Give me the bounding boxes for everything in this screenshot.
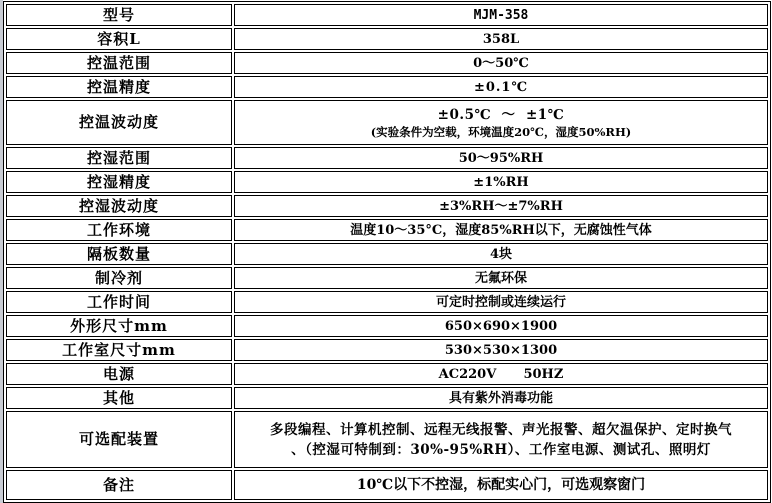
table-row-shelves: 隔板数量 4块	[6, 243, 768, 265]
row-value: 530×530×1300	[234, 339, 768, 361]
row-value-cell: ±0.5℃ ～ ±1℃ (实验条件为空载，环境温度20℃，湿度50%RH)	[234, 100, 768, 145]
row-value: ±3%RH～±7%RH	[234, 195, 768, 217]
row-label: 控温精度	[6, 76, 232, 98]
table-row-humidity-accuracy: 控湿精度 ±1%RH	[6, 171, 768, 193]
row-label: 电源	[6, 363, 232, 385]
table-row-temp-range: 控温范围 0～50℃	[6, 52, 768, 74]
row-label: 备注	[6, 470, 232, 500]
table-row-humidity-range: 控湿范围 50～95%RH	[6, 147, 768, 169]
row-label: 其他	[6, 387, 232, 409]
row-value: ±0.5℃ ～ ±1℃	[239, 105, 763, 125]
row-label: 工作时间	[6, 291, 232, 313]
row-label: 隔板数量	[6, 243, 232, 265]
spec-table: 型号 MJM-358 容积L 358L 控温范围 0～50℃ 控温精度 ±0.1…	[3, 1, 771, 503]
row-label: 控湿波动度	[6, 195, 232, 217]
row-value: 可定时控制或连续运行	[234, 291, 768, 313]
table-row-other: 其他 具有紫外消毒功能	[6, 387, 768, 409]
row-value: 温度10～35°C，湿度85%RH以下，无腐蚀性气体	[234, 219, 768, 241]
row-note: (实验条件为空载，环境温度20℃，湿度50%RH)	[239, 125, 763, 140]
row-label: 容积L	[6, 28, 232, 50]
row-value: 650×690×1900	[234, 315, 768, 337]
table-row-refrigerant: 制冷剂 无氟环保	[6, 267, 768, 289]
row-value: 10℃以下不控湿，标配实心门，可选观察窗门	[234, 470, 768, 500]
table-row-volume: 容积L 358L	[6, 28, 768, 50]
table-row-temp-accuracy: 控温精度 ±0.1℃	[6, 76, 768, 98]
row-value: ±1%RH	[234, 171, 768, 193]
row-label: 控湿范围	[6, 147, 232, 169]
row-value-cell: 多段编程、计算机控制、远程无线报警、声光报警、超欠温保护、定时换气 、（控湿可特…	[234, 411, 768, 468]
table-row-environment: 工作环境 温度10～35°C，湿度85%RH以下，无腐蚀性气体	[6, 219, 768, 241]
row-value: 具有紫外消毒功能	[234, 387, 768, 409]
row-label: 型号	[6, 4, 232, 26]
row-label: 工作室尺寸mm	[6, 339, 232, 361]
row-value-line1: 多段编程、计算机控制、远程无线报警、声光报警、超欠温保护、定时换气	[239, 420, 763, 440]
table-row-outer-size: 外形尺寸mm 650×690×1900	[6, 315, 768, 337]
row-value: AC220V 50HZ	[234, 363, 768, 385]
row-label: 工作环境	[6, 219, 232, 241]
table-row-remarks: 备注 10℃以下不控湿，标配实心门，可选观察窗门	[6, 470, 768, 500]
row-value: MJM-358	[234, 4, 768, 26]
table-row-working-time: 工作时间 可定时控制或连续运行	[6, 291, 768, 313]
row-label: 控温波动度	[6, 100, 232, 145]
row-label: 可选配装置	[6, 411, 232, 468]
table-row-temp-fluctuation: 控温波动度 ±0.5℃ ～ ±1℃ (实验条件为空载，环境温度20℃，湿度50%…	[6, 100, 768, 145]
row-label: 控湿精度	[6, 171, 232, 193]
table-row-chamber-size: 工作室尺寸mm 530×530×1300	[6, 339, 768, 361]
row-label: 控温范围	[6, 52, 232, 74]
row-value: 50～95%RH	[234, 147, 768, 169]
row-value: ±0.1℃	[234, 76, 768, 98]
table-row-model: 型号 MJM-358	[6, 4, 768, 26]
row-value-line2: 、（控湿可特制到：30%-95%RH）、工作室电源、测试孔、照明灯	[239, 440, 763, 460]
row-label: 制冷剂	[6, 267, 232, 289]
table-row-humidity-fluctuation: 控湿波动度 ±3%RH～±7%RH	[6, 195, 768, 217]
table-row-options: 可选配装置 多段编程、计算机控制、远程无线报警、声光报警、超欠温保护、定时换气 …	[6, 411, 768, 468]
table-row-power: 电源 AC220V 50HZ	[6, 363, 768, 385]
row-value: 4块	[234, 243, 768, 265]
row-value: 358L	[234, 28, 768, 50]
row-label: 外形尺寸mm	[6, 315, 232, 337]
row-value: 无氟环保	[234, 267, 768, 289]
row-value: 0～50℃	[234, 52, 768, 74]
